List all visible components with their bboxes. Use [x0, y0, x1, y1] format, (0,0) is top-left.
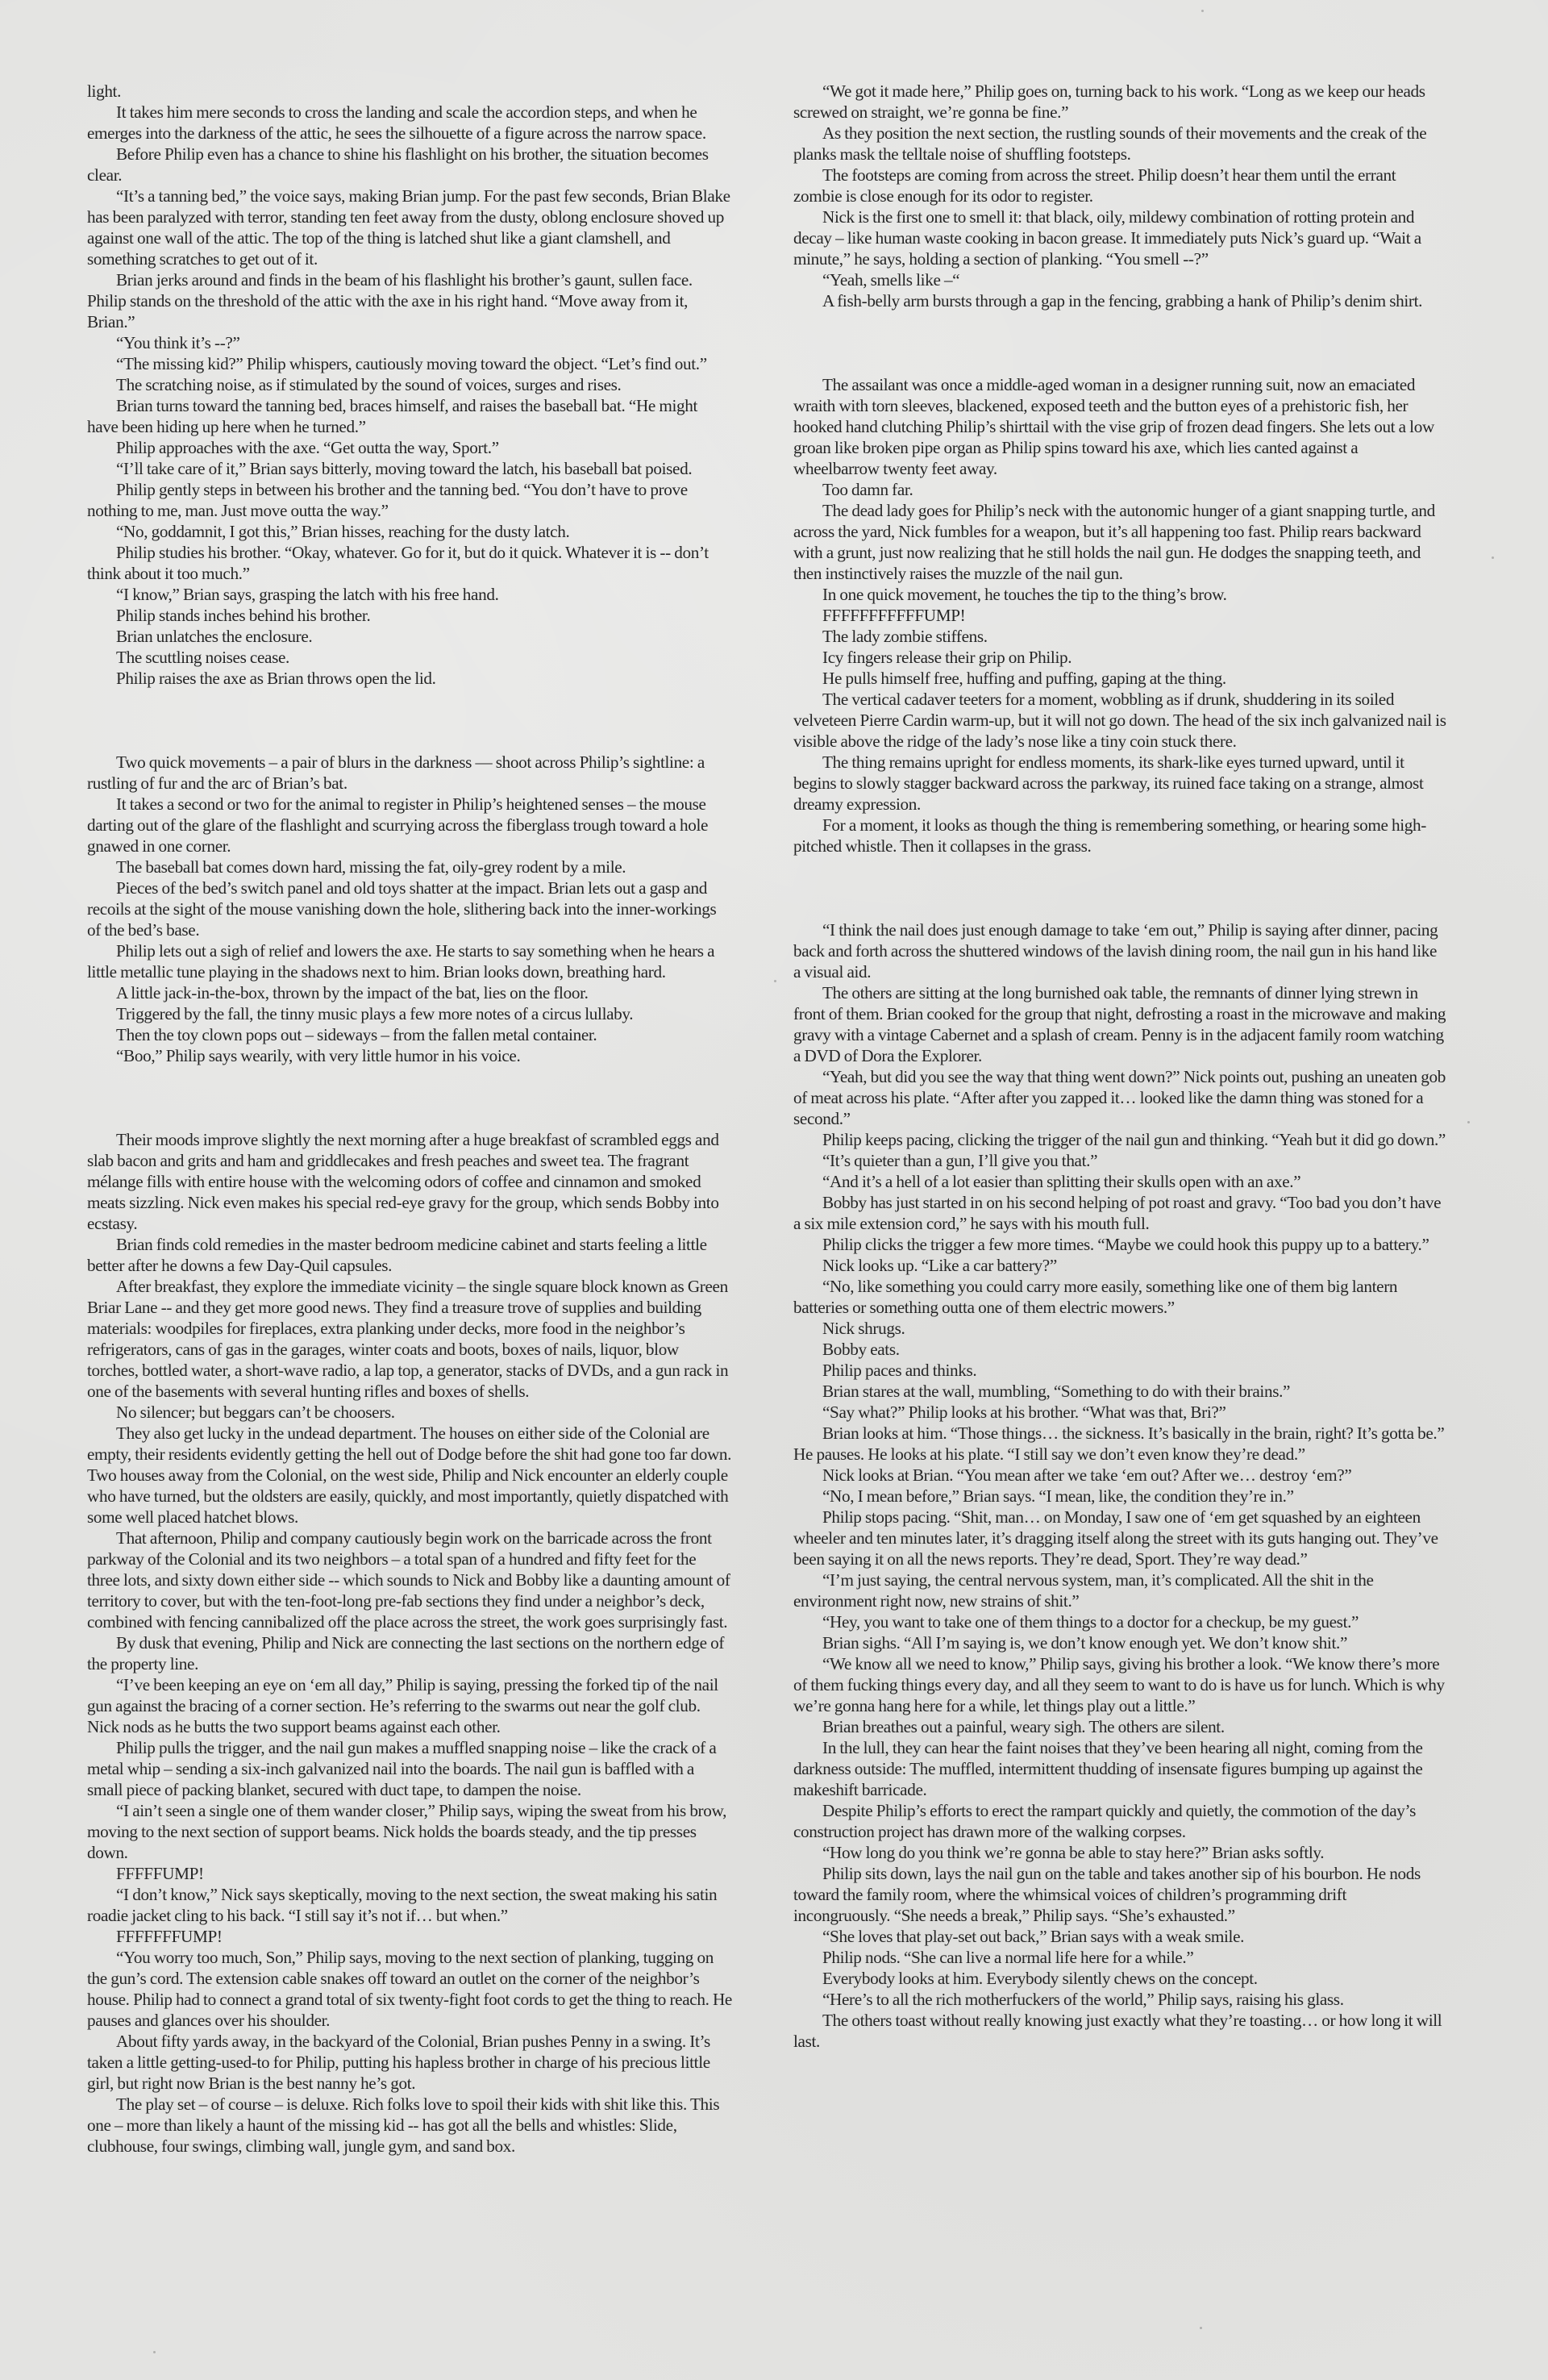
paragraph: By dusk that evening, Philip and Nick ar… — [87, 1632, 732, 1674]
paragraph: Philip approaches with the axe. “Get out… — [87, 437, 732, 458]
paragraph: It takes a second or two for the animal … — [87, 794, 732, 857]
paragraph: “I ain’t seen a single one of them wande… — [87, 1800, 732, 1863]
paragraph: “I’ve been keeping an eye on ‘em all day… — [87, 1674, 732, 1737]
paragraph: After breakfast, they explore the immedi… — [87, 1276, 732, 1402]
right-column: “We got it made here,” Philip goes on, t… — [793, 81, 1446, 2052]
paragraph: “Here’s to all the rich motherfuckers of… — [793, 1989, 1446, 2010]
paragraph: Philip sits down, lays the nail gun on t… — [793, 1863, 1446, 1926]
paragraph: Brian sighs. “All I’m saying is, we don’… — [793, 1632, 1446, 1653]
paragraph: “I’m just saying, the central nervous sy… — [793, 1569, 1446, 1611]
paragraph: Philip lets out a sigh of relief and low… — [87, 940, 732, 982]
paragraph: Icy fingers release their grip on Philip… — [793, 647, 1446, 668]
section-attic-opening: light. It takes him mere seconds to cros… — [87, 81, 732, 689]
paragraph: light. — [87, 81, 732, 102]
paper-speck — [1200, 2327, 1202, 2329]
paragraph: Brian finds cold remedies in the master … — [87, 1234, 732, 1276]
paragraph: “I’ll take care of it,” Brian says bitte… — [87, 458, 732, 479]
paragraph: “Say what?” Philip looks at his brother.… — [793, 1402, 1446, 1423]
paragraph: Brian looks at him. “Those things… the s… — [793, 1423, 1446, 1465]
paragraph: “It’s quieter than a gun, I’ll give you … — [793, 1150, 1446, 1171]
paragraph: Too damn far. — [793, 479, 1446, 500]
paragraph: Brian stares at the wall, mumbling, “Som… — [793, 1381, 1446, 1402]
paper-speck — [774, 980, 776, 982]
paragraph: “No, I mean before,” Brian says. “I mean… — [793, 1486, 1446, 1507]
paragraph: The play set – of course – is deluxe. Ri… — [87, 2094, 732, 2157]
paragraph: The footsteps are coming from across the… — [793, 165, 1446, 206]
paragraph: A fish-belly arm bursts through a gap in… — [793, 290, 1446, 311]
paragraph: “I don’t know,” Nick says skeptically, m… — [87, 1884, 732, 1926]
paragraph: Pieces of the bed’s switch panel and old… — [87, 877, 732, 940]
paragraph: The thing remains upright for endless mo… — [793, 752, 1446, 815]
paragraph: The vertical cadaver teeters for a momen… — [793, 689, 1446, 752]
paragraph: “No, goddamnit, I got this,” Brian hisse… — [87, 521, 732, 542]
paragraph: Philip nods. “She can live a normal life… — [793, 1947, 1446, 1968]
paragraph: It takes him mere seconds to cross the l… — [87, 102, 732, 144]
paragraph: About fifty yards away, in the backyard … — [87, 2031, 732, 2094]
paragraph: In the lull, they can hear the faint noi… — [793, 1737, 1446, 1800]
paragraph: Nick looks at Brian. “You mean after we … — [793, 1465, 1446, 1486]
paragraph: The baseball bat comes down hard, missin… — [87, 857, 732, 877]
paragraph: Nick is the first one to smell it: that … — [793, 206, 1446, 269]
paragraph: “You think it’s --?” — [87, 332, 732, 353]
section-nail-gun-kill: The assailant was once a middle-aged wom… — [793, 374, 1446, 857]
paragraph: Philip keeps pacing, clicking the trigge… — [793, 1129, 1446, 1150]
paragraph: “And it’s a hell of a lot easier than sp… — [793, 1171, 1446, 1192]
document-page: light. It takes him mere seconds to cros… — [0, 0, 1548, 2380]
paragraph: Brian turns toward the tanning bed, brac… — [87, 395, 732, 437]
paper-speck — [1201, 10, 1204, 12]
paragraph: Brian breathes out a painful, weary sigh… — [793, 1716, 1446, 1737]
paragraph: FFFFFUMP! — [87, 1863, 732, 1884]
paragraph: “We got it made here,” Philip goes on, t… — [793, 81, 1446, 123]
paragraph: Philip stands inches behind his brother. — [87, 605, 732, 626]
paragraph: Two quick movements – a pair of blurs in… — [87, 752, 732, 794]
paragraph: “I think the nail does just enough damag… — [793, 919, 1446, 982]
paragraph: In one quick movement, he touches the ti… — [793, 584, 1446, 605]
paragraph: “Boo,” Philip says wearily, with very li… — [87, 1045, 732, 1066]
paragraph: As they position the next section, the r… — [793, 123, 1446, 165]
paragraph: FFFFFFFUMP! — [87, 1926, 732, 1947]
paragraph: The others toast without really knowing … — [793, 2010, 1446, 2052]
paragraph: “No, like something you could carry more… — [793, 1276, 1446, 1318]
paragraph: The assailant was once a middle-aged wom… — [793, 374, 1446, 479]
paragraph: They also get lucky in the undead depart… — [87, 1423, 732, 1528]
paragraph: The scratching noise, as if stimulated b… — [87, 374, 732, 395]
paper-speck — [153, 2351, 156, 2353]
paragraph: Philip gently steps in between his broth… — [87, 479, 732, 521]
paragraph: “Yeah, but did you see the way that thin… — [793, 1066, 1446, 1129]
left-column: light. It takes him mere seconds to cros… — [87, 81, 732, 2157]
section-zombie-approach: “We got it made here,” Philip goes on, t… — [793, 81, 1446, 311]
paragraph: Their moods improve slightly the next mo… — [87, 1129, 732, 1234]
paragraph: Despite Philip’s efforts to erect the ra… — [793, 1800, 1446, 1842]
paragraph: The scuttling noises cease. — [87, 647, 732, 668]
paper-speck — [1492, 556, 1494, 559]
paragraph: Bobby eats. — [793, 1339, 1446, 1360]
paragraph: Triggered by the fall, the tinny music p… — [87, 1003, 732, 1024]
paragraph: Nick shrugs. — [793, 1318, 1446, 1339]
paragraph: The dead lady goes for Philip’s neck wit… — [793, 500, 1446, 584]
paragraph: “We know all we need to know,” Philip sa… — [793, 1653, 1446, 1716]
paragraph: Philip stops pacing. “Shit, man… on Mond… — [793, 1507, 1446, 1569]
paragraph: “Hey, you want to take one of them thing… — [793, 1611, 1446, 1632]
paragraph: “You worry too much, Son,” Philip says, … — [87, 1947, 732, 2031]
section-dinner-discussion: “I think the nail does just enough damag… — [793, 919, 1446, 2052]
paragraph: For a moment, it looks as though the thi… — [793, 815, 1446, 857]
paragraph: That afternoon, Philip and company cauti… — [87, 1528, 732, 1632]
paragraph: Philip pulls the trigger, and the nail g… — [87, 1737, 732, 1800]
paragraph: Then the toy clown pops out – sideways –… — [87, 1024, 732, 1045]
paragraph: Philip raises the axe as Brian throws op… — [87, 668, 732, 689]
paragraph: “How long do you think we’re gonna be ab… — [793, 1842, 1446, 1863]
paragraph: “The missing kid?” Philip whispers, caut… — [87, 353, 732, 374]
paragraph: A little jack-in-the-box, thrown by the … — [87, 982, 732, 1003]
section-jack-in-the-box: Two quick movements – a pair of blurs in… — [87, 752, 732, 1066]
paragraph: Brian jerks around and finds in the beam… — [87, 269, 732, 332]
paper-speck — [1467, 1121, 1470, 1123]
paragraph: Philip studies his brother. “Okay, whate… — [87, 542, 732, 584]
paragraph: Philip paces and thinks. — [793, 1360, 1446, 1381]
paragraph: No silencer; but beggars can’t be choose… — [87, 1402, 732, 1423]
paragraph: “She loves that play-set out back,” Bria… — [793, 1926, 1446, 1947]
paragraph: He pulls himself free, huffing and puffi… — [793, 668, 1446, 689]
paragraph: “It’s a tanning bed,” the voice says, ma… — [87, 185, 732, 269]
section-barricade: Their moods improve slightly the next mo… — [87, 1129, 732, 2157]
paragraph: The lady zombie stiffens. — [793, 626, 1446, 647]
paragraph: The others are sitting at the long burni… — [793, 982, 1446, 1066]
paragraph: Brian unlatches the enclosure. — [87, 626, 732, 647]
paragraph: Before Philip even has a chance to shine… — [87, 144, 732, 185]
paragraph: Bobby has just started in on his second … — [793, 1192, 1446, 1234]
paragraph: FFFFFFFFFFFUMP! — [793, 605, 1446, 626]
paragraph: Everybody looks at him. Everybody silent… — [793, 1968, 1446, 1989]
paragraph: Nick looks up. “Like a car battery?” — [793, 1255, 1446, 1276]
paragraph: “I know,” Brian says, grasping the latch… — [87, 584, 732, 605]
paragraph: Philip clicks the trigger a few more tim… — [793, 1234, 1446, 1255]
paragraph: “Yeah, smells like –“ — [793, 269, 1446, 290]
